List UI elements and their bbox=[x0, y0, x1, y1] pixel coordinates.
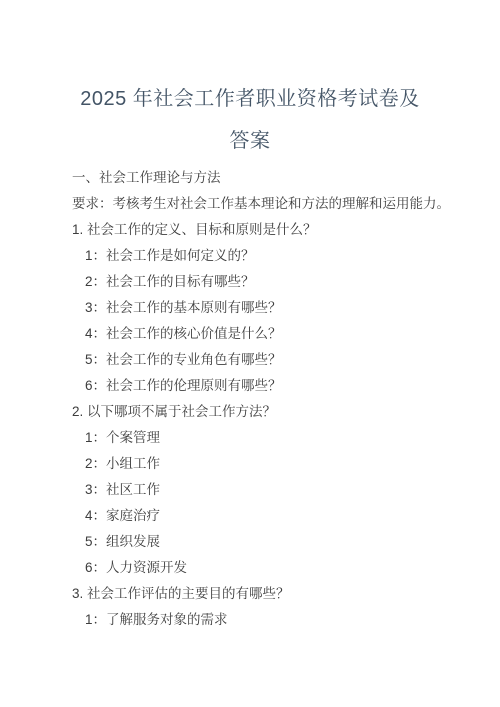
question-subitem: 3：社会工作的基本原则有哪些？ bbox=[0, 300, 500, 316]
document-title-line2: 答案 bbox=[0, 120, 500, 162]
question-subitem: 3：社区工作 bbox=[0, 482, 500, 498]
document-title-line1: 2025 年社会工作者职业资格考试卷及 bbox=[0, 78, 500, 120]
question-subitem: 5：组织发展 bbox=[0, 534, 500, 550]
question-subitem: 5：社会工作的专业角色有哪些？ bbox=[0, 352, 500, 368]
question-subitem: 2：社会工作的目标有哪些？ bbox=[0, 274, 500, 290]
document-title: 2025 年社会工作者职业资格考试卷及 答案 bbox=[0, 0, 500, 162]
document-body: 一、社会工作理论与方法 要求：考核考生对社会工作基本理论和方法的理解和运用能力。… bbox=[0, 170, 500, 628]
question-item: 1. 社会工作的定义、目标和原则是什么？ bbox=[0, 222, 500, 238]
requirement-line: 要求：考核考生对社会工作基本理论和方法的理解和运用能力。 bbox=[0, 196, 500, 212]
question-item: 2. 以下哪项不属于社会工作方法？ bbox=[0, 404, 500, 420]
question-subitem: 4：社会工作的核心价值是什么？ bbox=[0, 326, 500, 342]
question-subitem: 4：家庭治疗 bbox=[0, 508, 500, 524]
question-subitem: 1：社会工作是如何定义的？ bbox=[0, 248, 500, 264]
question-subitem: 1：了解服务对象的需求 bbox=[0, 612, 500, 628]
document-page: 2025 年社会工作者职业资格考试卷及 答案 一、社会工作理论与方法 要求：考核… bbox=[0, 0, 500, 707]
question-item: 3. 社会工作评估的主要目的有哪些？ bbox=[0, 586, 500, 602]
question-subitem: 1：个案管理 bbox=[0, 430, 500, 446]
section-heading: 一、社会工作理论与方法 bbox=[0, 170, 500, 186]
question-subitem: 6：社会工作的伦理原则有哪些？ bbox=[0, 378, 500, 394]
question-subitem: 2：小组工作 bbox=[0, 456, 500, 472]
question-subitem: 6：人力资源开发 bbox=[0, 560, 500, 576]
